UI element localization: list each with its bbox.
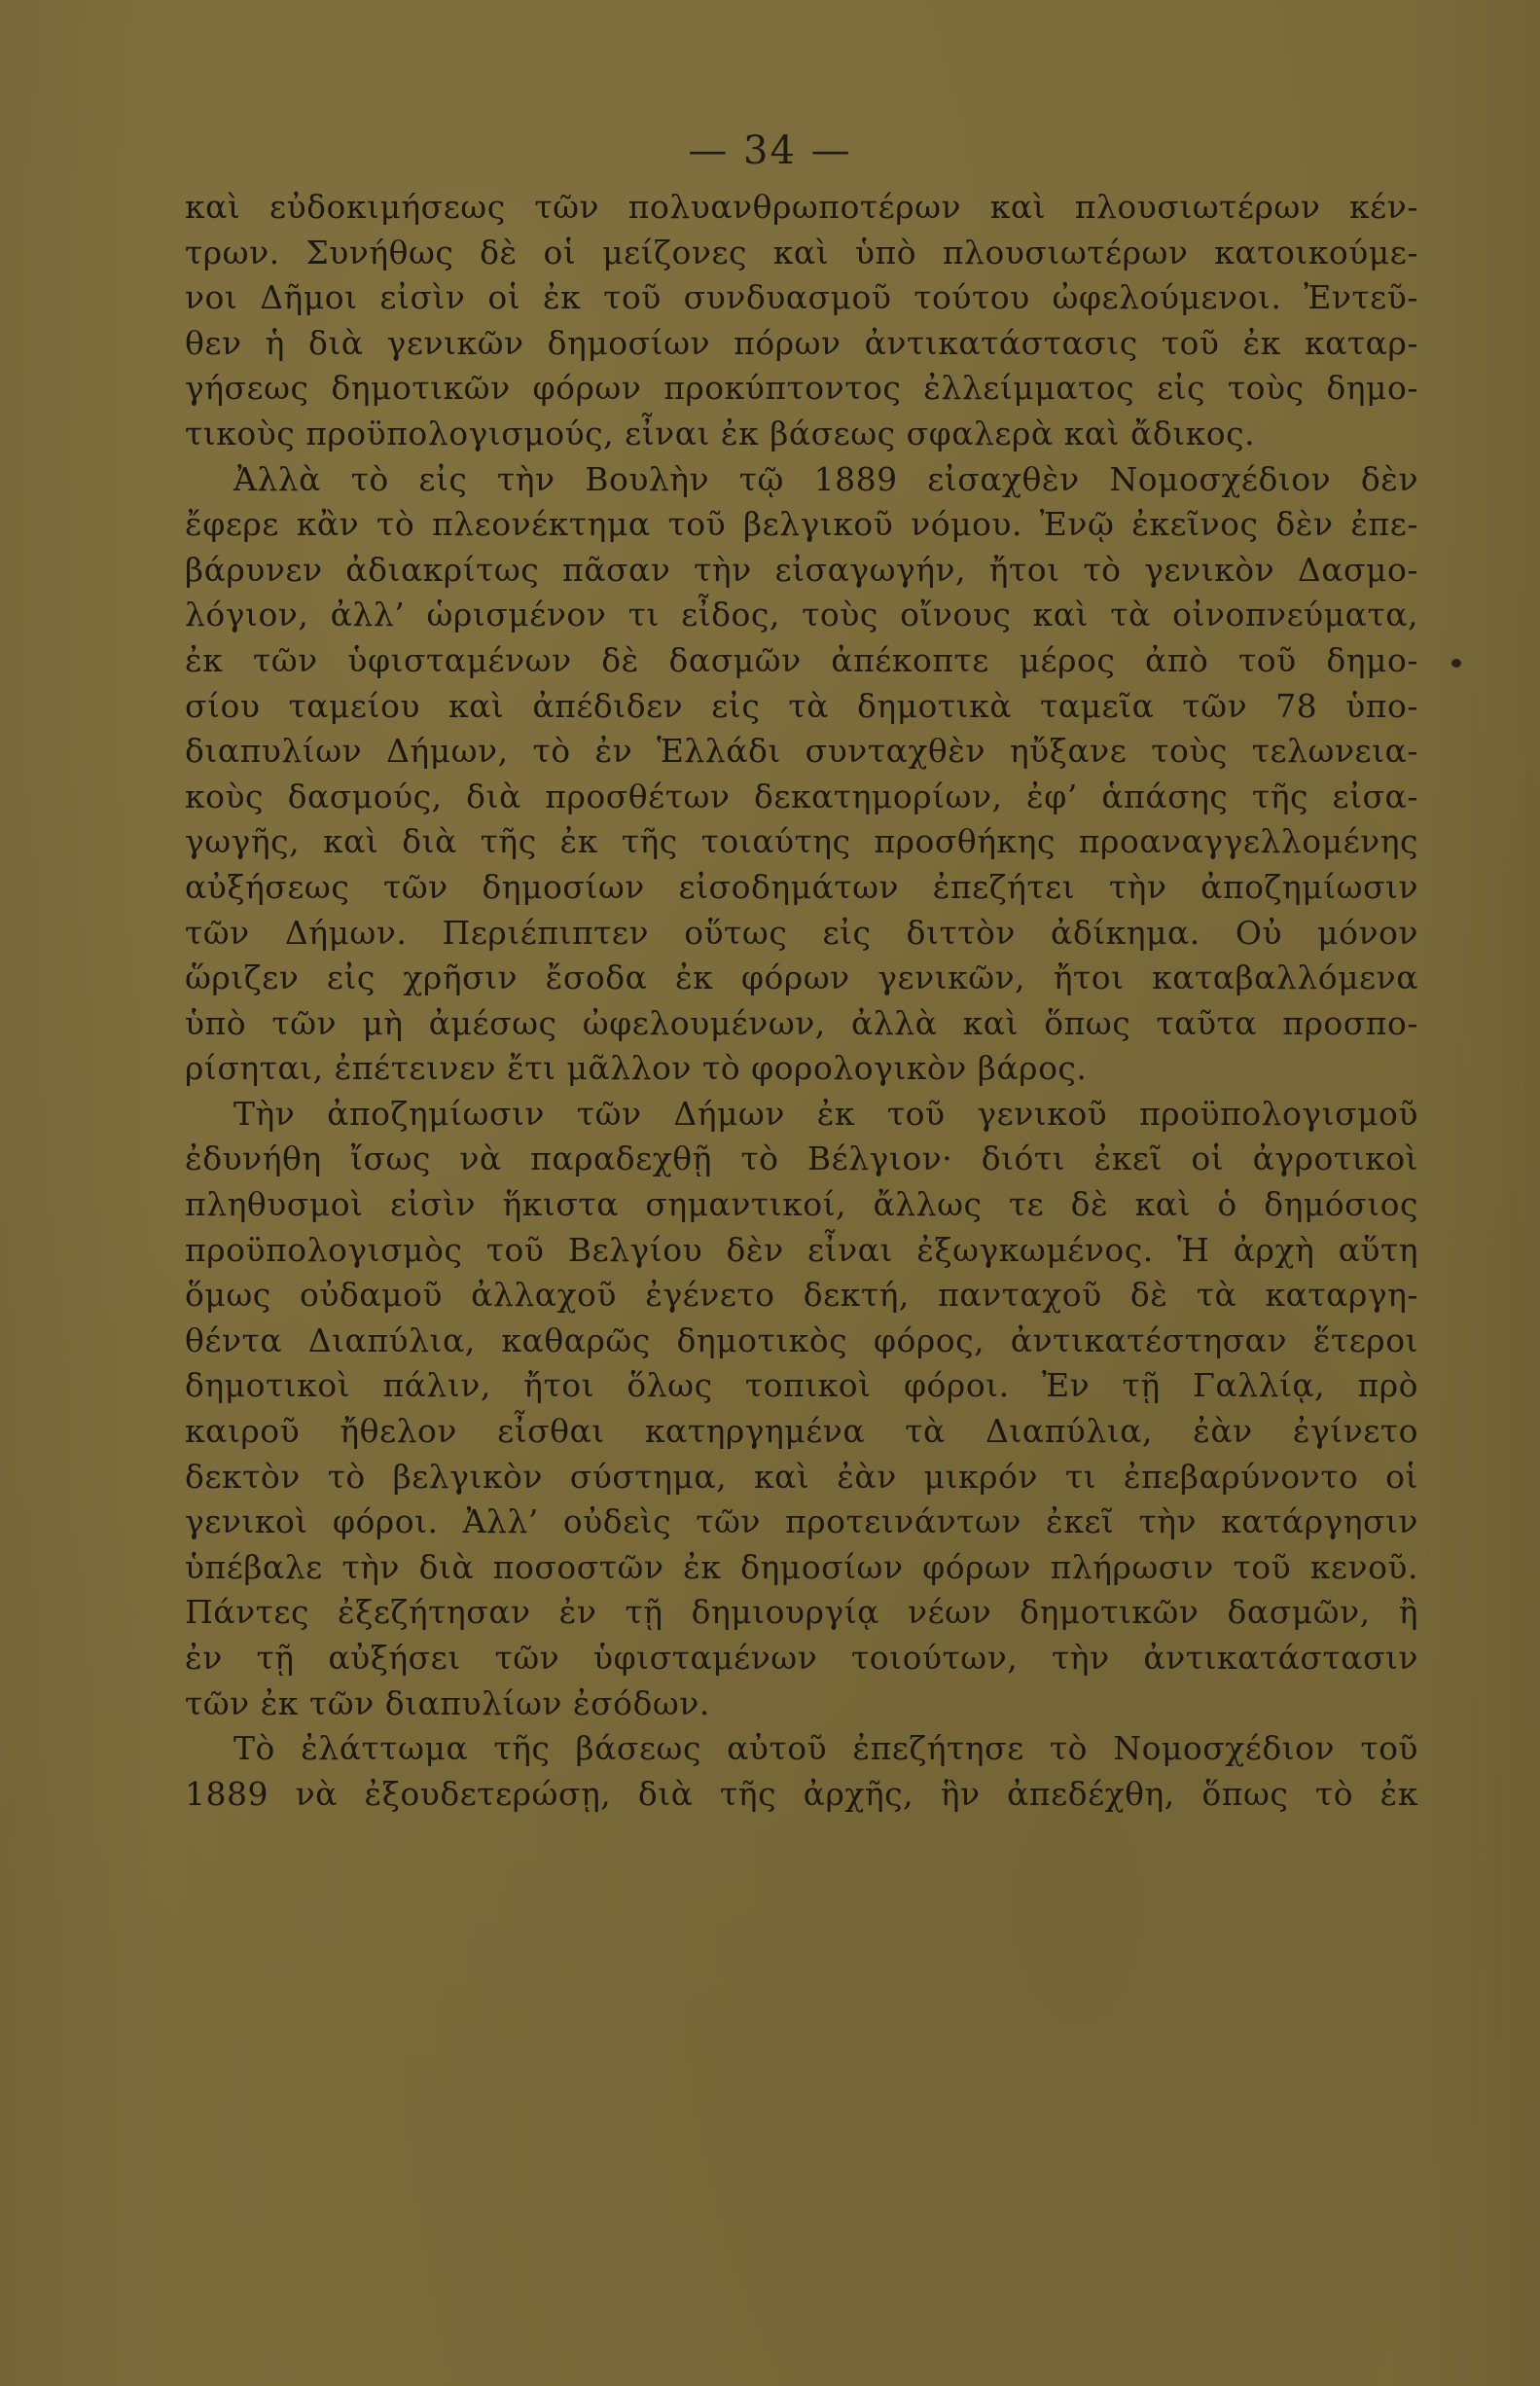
text-line: καὶ εὐδοκιμήσεως τῶν πολυανθρωποτέρων κα… [185,185,1418,231]
text-line: αὐξήσεως τῶν δημοσίων εἰσοδημάτων ἐπεζήτ… [185,865,1418,911]
text-line: λόγιον, ἀλλ’ ὡρισμένον τι εἶδος, τοὺς οἴ… [185,593,1418,638]
text-line: δεκτὸν τὸ βελγικὸν σύστημα, καὶ ἐὰν μικρ… [185,1455,1418,1500]
text-line: ὑπέβαλε τὴν διὰ ποσοστῶν ἐκ δημοσίων φόρ… [185,1545,1418,1591]
text-line: ὅμως οὐδαμοῦ ἀλλαχοῦ ἐγένετο δεκτή, παντ… [185,1273,1418,1319]
text-line: θεν ἡ διὰ γενικῶν δημοσίων πόρων ἀντικατ… [185,321,1418,367]
text-line: ὥριζεν εἰς χρῆσιν ἔσοδα ἐκ φόρων γενικῶν… [185,956,1418,1001]
text-line: καιροῦ ἤθελον εἶσθαι κατηργημένα τὰ Διαπ… [185,1409,1418,1455]
text-line: τῶν ἐκ τῶν διαπυλίων ἐσόδων. [185,1681,1418,1727]
text-line: τικοὺς προϋπολογισμούς, εἶναι ἐκ βάσεως … [185,412,1418,457]
text-line: κοὺς δασμούς, διὰ προσθέτων δεκατημορίων… [185,775,1418,820]
text-line: Τὸ ἐλάττωμα τῆς βάσεως αὐτοῦ ἐπεζήτησε τ… [185,1726,1418,1772]
text-line: Πάντες ἐξεζήτησαν ἐν τῇ δημιουργίᾳ νέων … [185,1590,1418,1636]
text-line: ὑπὸ τῶν μὴ ἀμέσως ὠφελουμένων, ἀλλὰ καὶ … [185,1001,1418,1047]
page-number: — 34 — [0,128,1540,173]
text-line: ἐκ τῶν ὑφισταμένων δὲ δασμῶν ἀπέκοπτε μέ… [185,638,1418,684]
text-line: γωγῆς, καὶ διὰ τῆς ἐκ τῆς τοιαύτης προσθ… [185,819,1418,865]
text-line: Ἀλλὰ τὸ εἰς τὴν Βουλὴν τῷ 1889 εἰσαχθὲν … [185,457,1418,503]
text-line: θέντα Διαπύλια, καθαρῶς δημοτικὸς φόρος,… [185,1319,1418,1364]
text-line: Τὴν ἀποζημίωσιν τῶν Δήμων ἐκ τοῦ γενικοῦ… [185,1092,1418,1138]
text-line: σίου ταμείου καὶ ἀπέδιδεν εἰς τὰ δημοτικ… [185,684,1418,730]
text-line: ἐν τῇ αὐξήσει τῶν ὑφισταμένων τοιούτων, … [185,1636,1418,1681]
ink-blot [1451,659,1461,668]
text-line: πληθυσμοὶ εἰσὶν ἥκιστα σημαντικοί, ἄλλως… [185,1182,1418,1228]
text-line: ἔφερε κἂν τὸ πλεονέκτημα τοῦ βελγικοῦ νό… [185,502,1418,548]
text-line: ἐδυνήθη ἴσως νὰ παραδεχθῇ τὸ Βέλγιον· δι… [185,1137,1418,1182]
text-line: τρων. Συνήθως δὲ οἱ μείζονες καὶ ὑπὸ πλο… [185,231,1418,276]
text-line: προϋπολογισμὸς τοῦ Βελγίου δὲν εἶναι ἐξω… [185,1228,1418,1274]
text-line: ρίσηται, ἐπέτεινεν ἔτι μᾶλλον τὸ φορολογ… [185,1046,1418,1092]
text-line: 1889 νὰ ἐξουδετερώσῃ, διὰ τῆς ἀρχῆς, ἣν … [185,1772,1418,1818]
scanned-page: — 34 — καὶ εὐδοκιμήσεως τῶν πολυανθρωποτ… [0,0,1540,2386]
text-line: διαπυλίων Δήμων, τὸ ἐν Ἑλλάδι συνταχθὲν … [185,729,1418,775]
text-line: νοι Δῆμοι εἰσὶν οἱ ἐκ τοῦ συνδυασμοῦ τού… [185,275,1418,321]
text-line: γενικοὶ φόροι. Ἀλλ’ οὐδεὶς τῶν προτεινάν… [185,1500,1418,1545]
text-line: δημοτικοὶ πάλιν, ἤτοι ὅλως τοπικοὶ φόροι… [185,1363,1418,1409]
body-text: καὶ εὐδοκιμήσεως τῶν πολυανθρωποτέρων κα… [185,185,1418,1817]
text-line: βάρυνεν ἀδιακρίτως πᾶσαν τὴν εἰσαγωγήν, … [185,548,1418,594]
text-line: γήσεως δημοτικῶν φόρων προκύπτοντος ἐλλε… [185,366,1418,412]
text-line: τῶν Δήμων. Περιέπιπτεν οὕτως εἰς διττὸν … [185,911,1418,957]
